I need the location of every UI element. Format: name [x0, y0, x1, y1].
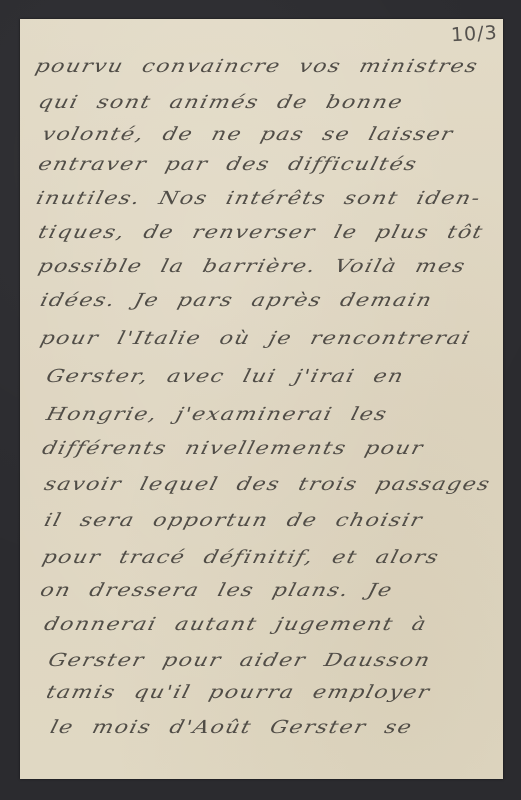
text-line-2: qui sont animés de bonne: [36, 93, 406, 114]
text-line-13: savoir lequel des trois passages: [42, 475, 493, 496]
text-line-8: idées. Je pars après demain: [38, 291, 435, 312]
text-line-17: donnerai autant jugement à: [42, 615, 429, 636]
text-line-9: pour l'Italie où je rencontrerai: [38, 329, 473, 350]
text-line-1: pourvu convaincre vos ministres: [33, 57, 481, 78]
text-line-16: on dressera les plans. Je: [38, 581, 395, 602]
text-line-6: tiques, de renverser le plus tôt: [36, 223, 486, 244]
text-line-18: Gerster pour aider Dausson: [46, 651, 433, 672]
text-line-4: entraver par des difficultés: [36, 155, 420, 176]
text-line-15: pour tracé définitif, et alors: [40, 548, 442, 569]
text-line-14: il sera opportun de choisir: [42, 511, 425, 532]
folio-number: 10/3: [450, 22, 498, 46]
text-line-3: volonté, de ne pas se laisser: [40, 125, 456, 146]
text-line-7: possible la barrière. Voilà mes: [36, 257, 468, 278]
text-line-12: différents nivellements pour: [40, 439, 426, 460]
text-line-20: le mois d'Août Gerster se: [48, 718, 415, 739]
text-line-10: Gerster, avec lui j'irai en: [44, 367, 407, 388]
text-line-5: inutiles. Nos intérêts sont iden-: [34, 189, 483, 210]
text-line-19: tamis qu'il pourra employer: [44, 683, 433, 704]
text-line-11: Hongrie, j'examinerai les: [44, 405, 390, 426]
